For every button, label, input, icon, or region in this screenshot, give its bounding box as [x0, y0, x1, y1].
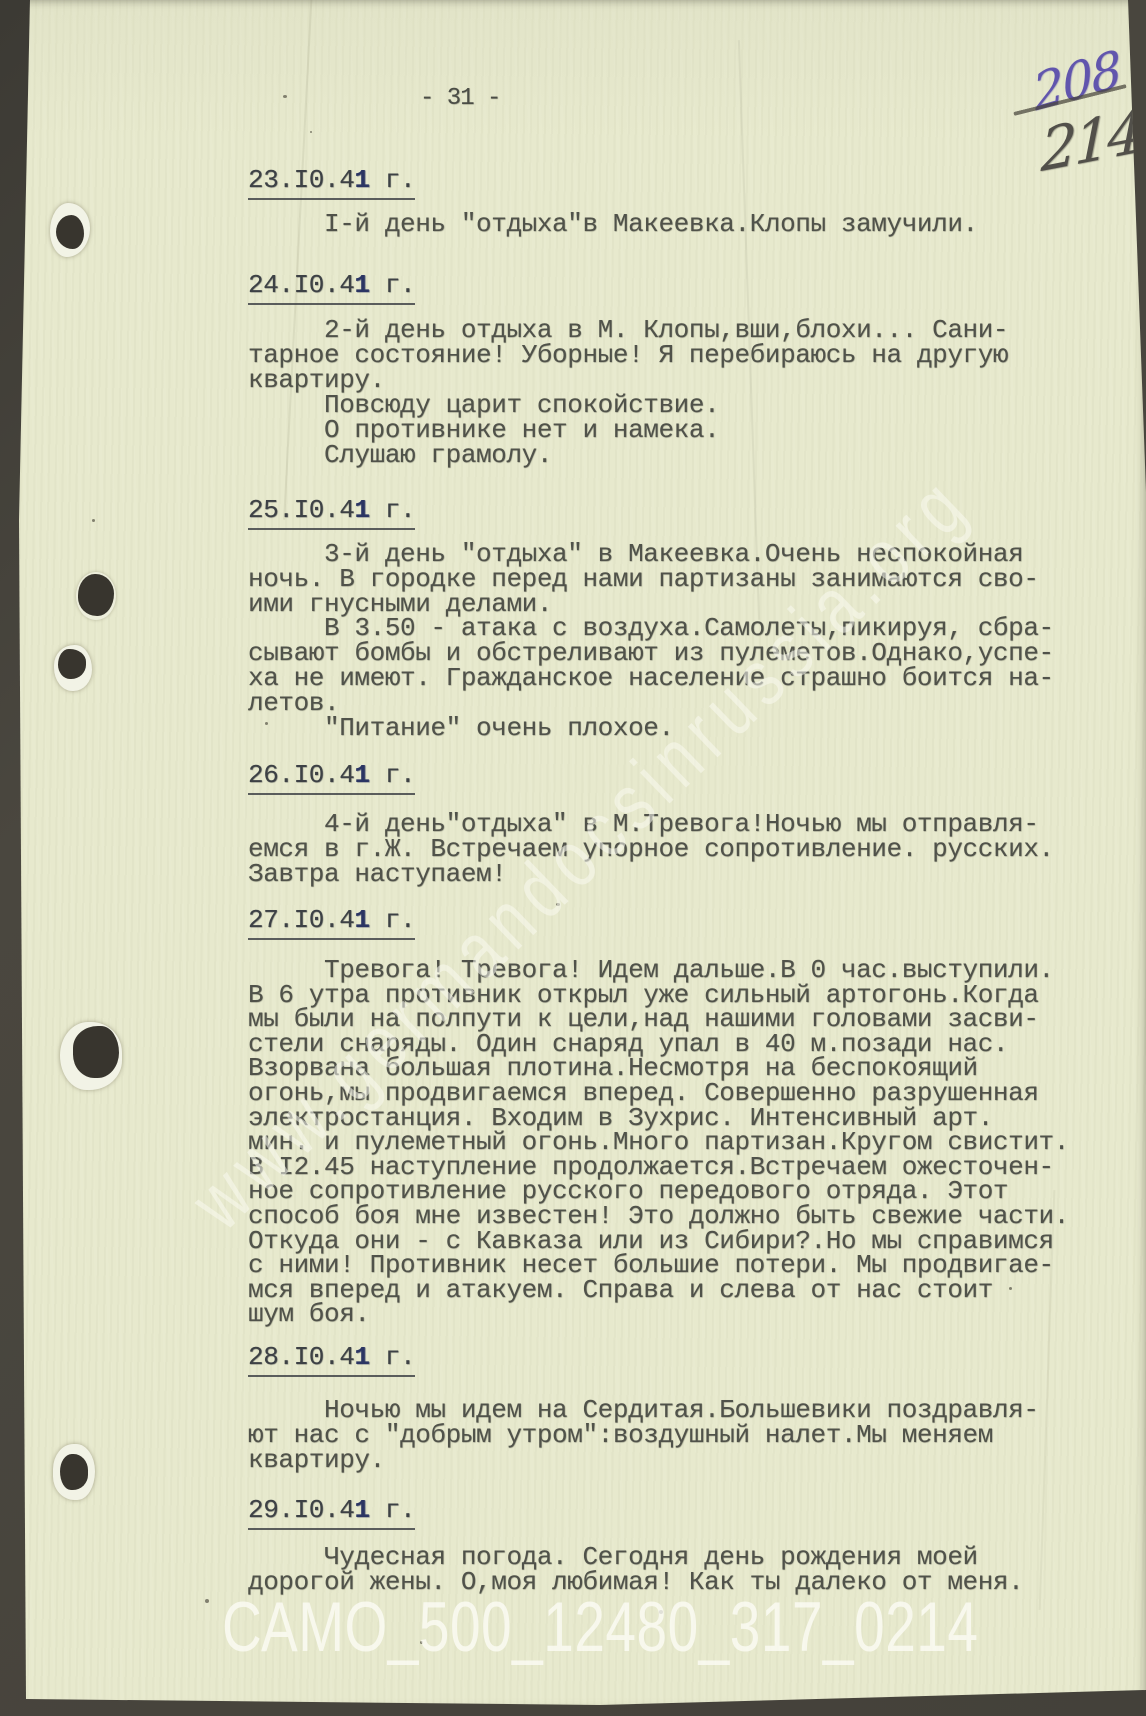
hole-dark-center — [73, 1026, 119, 1078]
overwritten-digit: 1 — [354, 495, 369, 525]
date-text: 28.I0.4 — [248, 1342, 354, 1372]
date-text: 29.I0.4 — [248, 1495, 354, 1525]
paper-sheet: - 31 - 208 214 23.I0.41 г. I-й день "отд… — [0, 0, 1146, 1716]
overwritten-digit: 1 — [354, 1342, 369, 1372]
overwritten-digit: 1 — [354, 270, 369, 300]
hole-dark-center — [56, 215, 84, 249]
date-suffix: г. — [370, 905, 416, 935]
date-text: 26.I0.4 — [248, 760, 354, 790]
date-suffix: г. — [370, 270, 416, 300]
date-text: 23.I0.4 — [248, 165, 354, 195]
entry-text: Ночью мы идем на Сердитая.Большевики поз… — [248, 1398, 1039, 1473]
date-suffix: г. — [370, 1495, 416, 1525]
watermark-archive-code: САМО_500_12480_317_0214 — [222, 1592, 978, 1662]
date-text: 24.I0.4 — [248, 270, 354, 300]
hole-dark-center — [60, 1454, 88, 1490]
date-text: 25.I0.4 — [248, 495, 354, 525]
date-suffix: г. — [370, 495, 416, 525]
overwritten-digit: 1 — [354, 1495, 369, 1525]
ink-speck — [283, 95, 287, 98]
entry-date: 25.I0.41 г. — [248, 495, 415, 530]
entry-date: 28.I0.41 г. — [248, 1342, 415, 1377]
entry-date: 26.I0.41 г. — [248, 760, 415, 795]
page-number: - 31 - — [420, 85, 500, 112]
overwritten-digit: 1 — [354, 165, 369, 195]
hole-dark-center — [58, 649, 86, 679]
overwritten-digit: 1 — [354, 905, 369, 935]
entry-date: 29.I0.41 г. — [248, 1495, 415, 1530]
ink-speck — [92, 519, 95, 522]
date-suffix: г. — [370, 760, 416, 790]
date-suffix: г. — [370, 165, 416, 195]
hole-dark-center — [78, 574, 114, 616]
handwritten-page-number: 214 — [1040, 102, 1141, 181]
document-scan: - 31 - 208 214 23.I0.41 г. I-й день "отд… — [0, 0, 1146, 1716]
ink-speck — [310, 131, 312, 133]
date-text: 27.I0.4 — [248, 905, 354, 935]
date-suffix: г. — [370, 1342, 416, 1372]
entry-text: I-й день "отдыха"в Макеевка.Клопы замучи… — [248, 212, 978, 237]
entry-text: 2-й день отдыха в М. Клопы,вши,блохи... … — [248, 318, 1008, 468]
entry-date: 23.I0.41 г. — [248, 165, 415, 200]
entry-date: 27.I0.41 г. — [248, 905, 415, 940]
ink-speck — [205, 1599, 209, 1603]
overwritten-digit: 1 — [354, 760, 369, 790]
entry-date: 24.I0.41 г. — [248, 270, 415, 305]
